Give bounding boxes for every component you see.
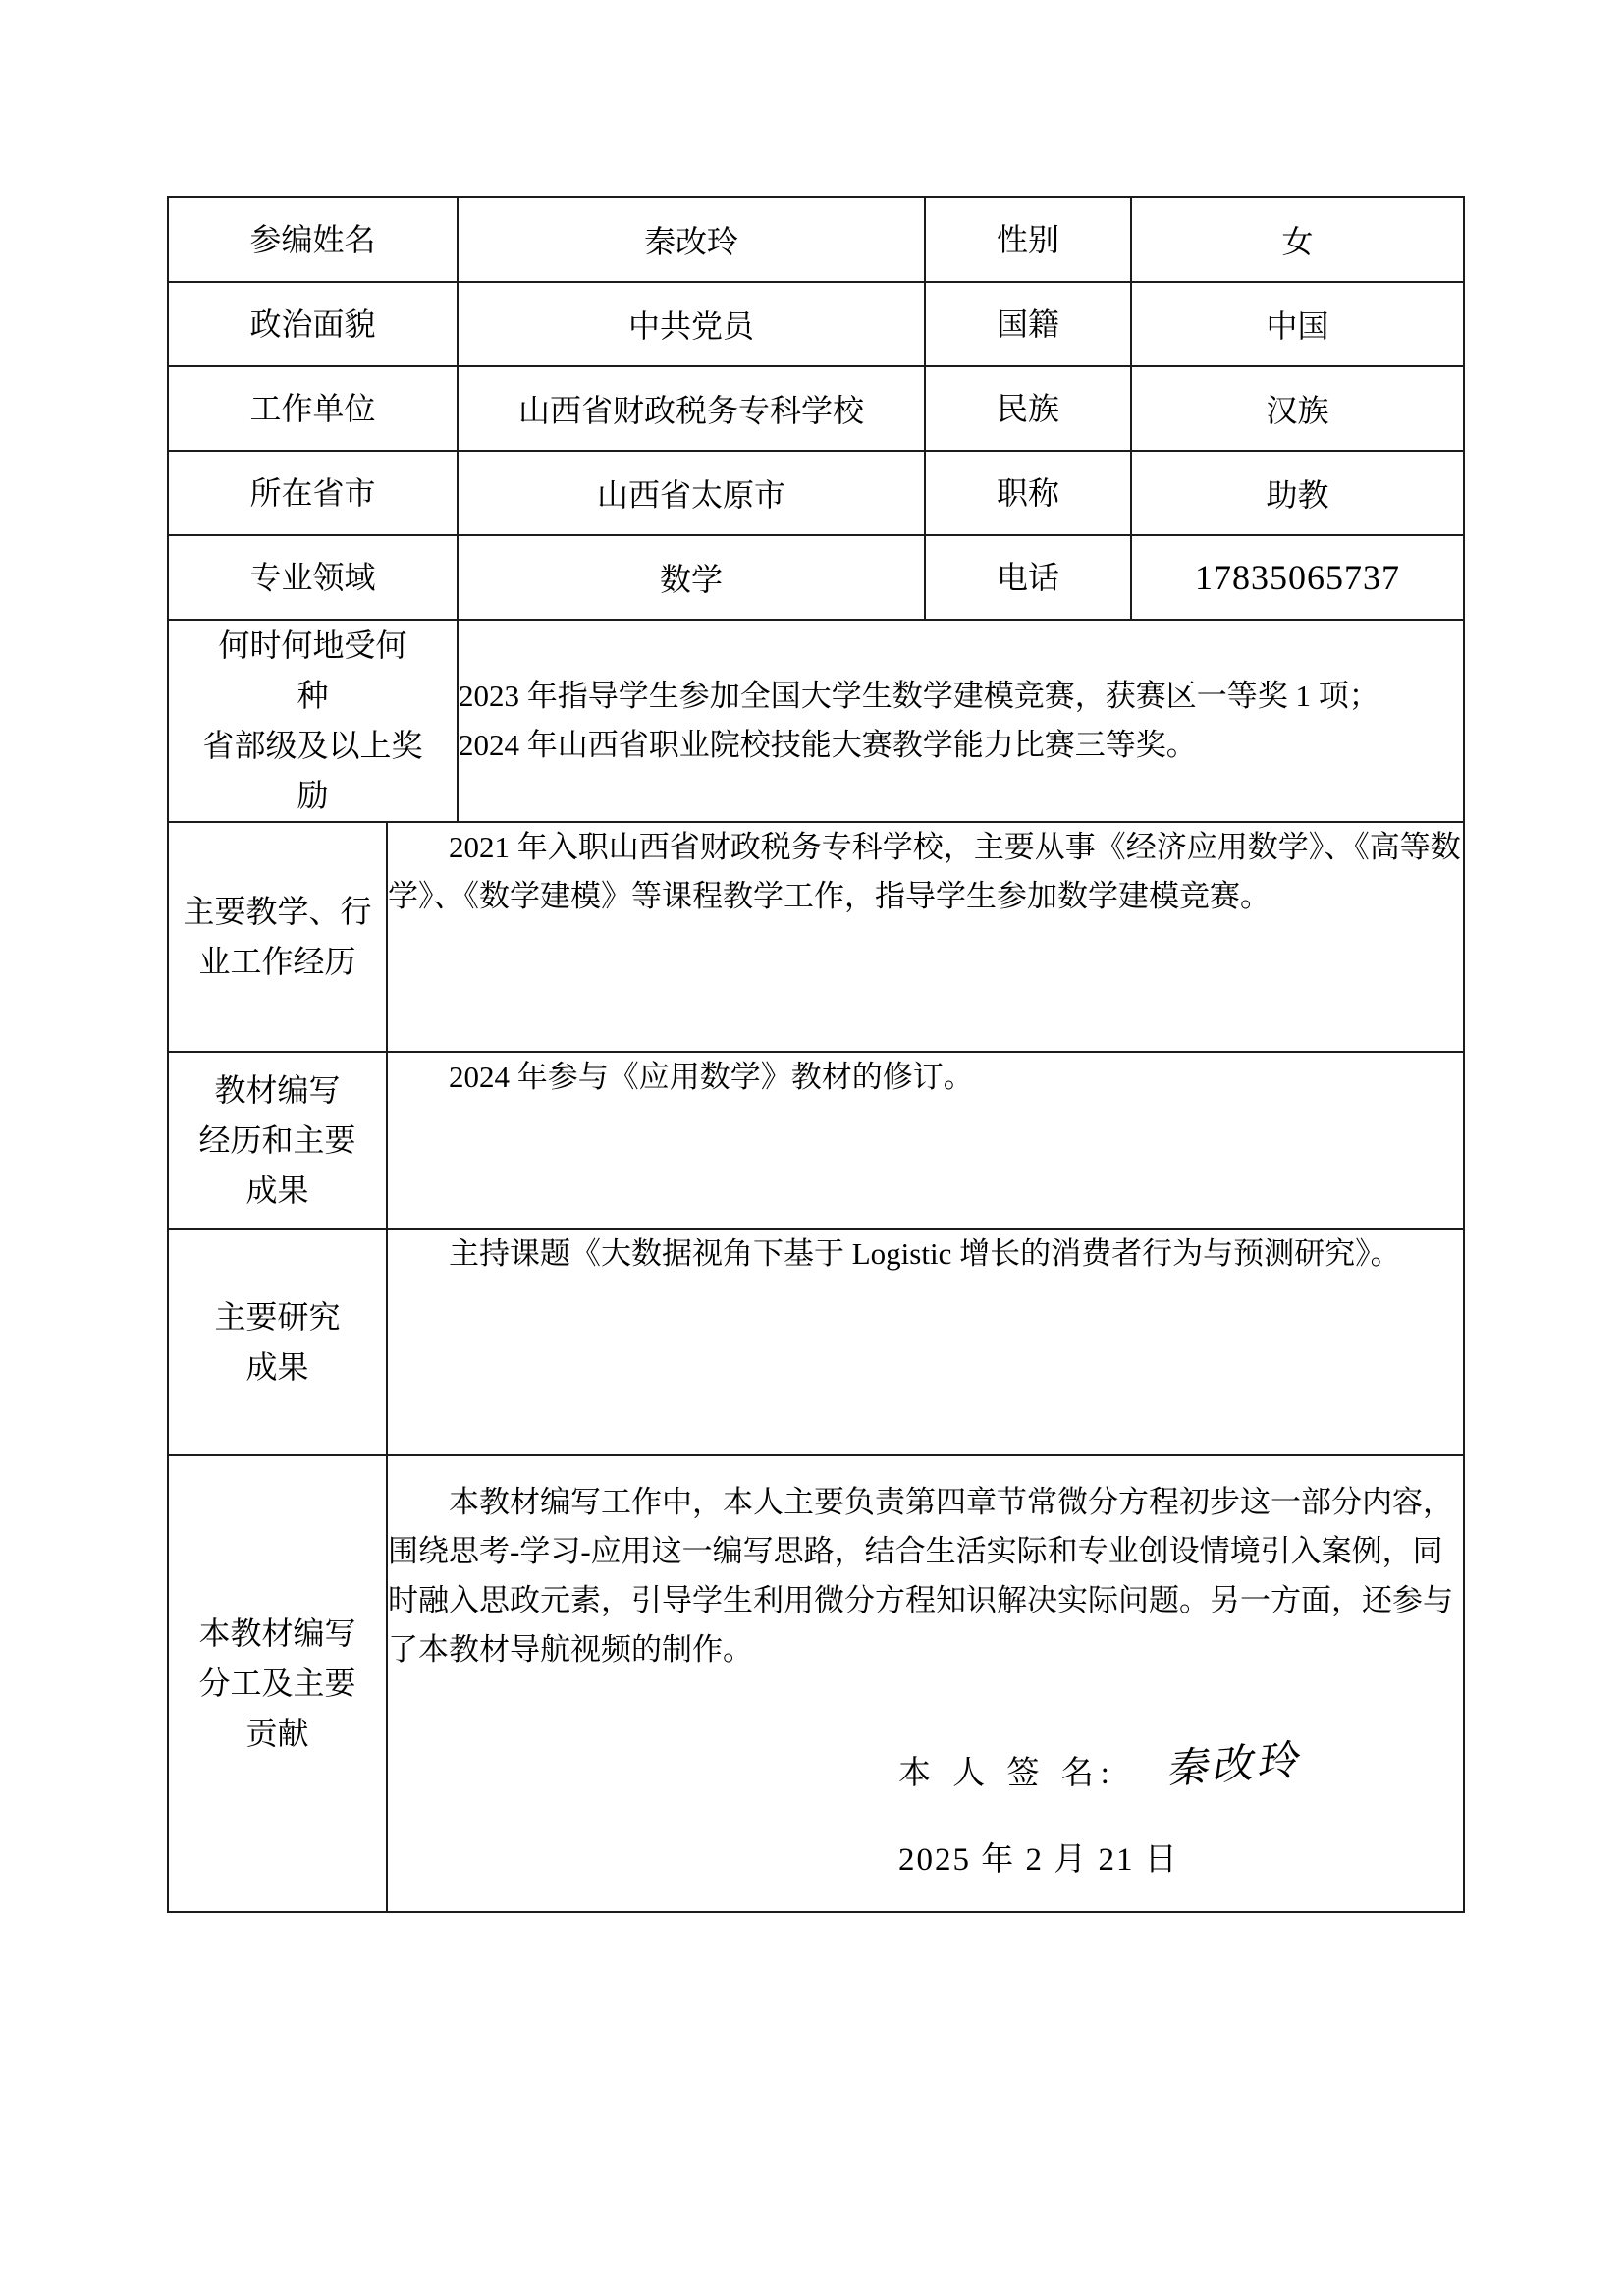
field-value-nationality: 中国 <box>1131 282 1464 366</box>
field-label-gender: 性别 <box>925 197 1131 282</box>
field-label-awards: 何时何地受何 种 省部级及以上奖 励 <box>168 620 458 822</box>
field-label-workunit: 工作单位 <box>168 366 458 451</box>
field-label-politics: 政治面貌 <box>168 282 458 366</box>
field-label-name: 参编姓名 <box>168 197 458 282</box>
table-row: 参编姓名 秦改玲 性别 女 <box>168 197 1464 282</box>
field-label-nationality: 国籍 <box>925 282 1131 366</box>
table-row: 主要教学、行 业工作经历 2021 年入职山西省财政税务专科学校，主要从事《经济… <box>168 822 1464 1052</box>
basic-info-table: 参编姓名 秦改玲 性别 女 政治面貌 中共党员 国籍 中国 工作单位 山西省财政… <box>167 196 1465 823</box>
field-value-city: 山西省太原市 <box>458 451 925 535</box>
table-row: 何时何地受何 种 省部级及以上奖 励 2023 年指导学生参加全国大学生数学建模… <box>168 620 1464 822</box>
field-label-ethnicity: 民族 <box>925 366 1131 451</box>
table-row: 所在省市 山西省太原市 职称 助教 <box>168 451 1464 535</box>
document-page: 参编姓名 秦改玲 性别 女 政治面貌 中共党员 国籍 中国 工作单位 山西省财政… <box>0 0 1622 2296</box>
research-paragraph: 主持课题《大数据视角下基于 Logistic 增长的消费者行为与预测研究》。 <box>388 1230 1463 1279</box>
field-label-research: 主要研究 成果 <box>168 1229 387 1455</box>
table-row: 主要研究 成果 主持课题《大数据视角下基于 Logistic 增长的消费者行为与… <box>168 1229 1464 1455</box>
field-label-city: 所在省市 <box>168 451 458 535</box>
field-label-specialty: 专业领域 <box>168 535 458 620</box>
field-value-title: 助教 <box>1131 451 1464 535</box>
field-label-title: 职称 <box>925 451 1131 535</box>
table-row: 本教材编写 分工及主要 贡献 本教材编写工作中，本人主要负责第四章节常微分方程初… <box>168 1455 1464 1912</box>
table-row: 专业领域 数学 电话 17835065737 <box>168 535 1464 620</box>
field-label-experience: 主要教学、行 业工作经历 <box>168 822 387 1052</box>
contribution-paragraph: 本教材编写工作中，本人主要负责第四章节常微分方程初步这一部分内容，围绕思考-学习… <box>388 1456 1463 1674</box>
field-value-specialty: 数学 <box>458 535 925 620</box>
field-value-contribution: 本教材编写工作中，本人主要负责第四章节常微分方程初步这一部分内容，围绕思考-学习… <box>387 1455 1464 1912</box>
signature-label: 本 人 签 名: <box>898 1756 1116 1791</box>
table-row: 教材编写 经历和主要 成果 2024 年参与《应用数学》教材的修订。 <box>168 1052 1464 1229</box>
table-row: 政治面貌 中共党员 国籍 中国 <box>168 282 1464 366</box>
field-value-textbook-history: 2024 年参与《应用数学》教材的修订。 <box>387 1052 1464 1229</box>
narrative-table: 主要教学、行 业工作经历 2021 年入职山西省财政税务专科学校，主要从事《经济… <box>167 821 1465 1913</box>
field-label-contribution: 本教材编写 分工及主要 贡献 <box>168 1455 387 1912</box>
field-value-name: 秦改玲 <box>458 197 925 282</box>
field-value-experience: 2021 年入职山西省财政税务专科学校，主要从事《经济应用数学》、《高等数学》、… <box>387 822 1464 1052</box>
field-label-phone: 电话 <box>925 535 1131 620</box>
field-value-phone: 17835065737 <box>1131 535 1464 620</box>
textbook-history-paragraph: 2024 年参与《应用数学》教材的修订。 <box>388 1053 1463 1102</box>
contributor-form: 参编姓名 秦改玲 性别 女 政治面貌 中共党员 国籍 中国 工作单位 山西省财政… <box>167 196 1463 1913</box>
field-label-textbook-history: 教材编写 经历和主要 成果 <box>168 1052 387 1229</box>
field-value-research: 主持课题《大数据视角下基于 Logistic 增长的消费者行为与预测研究》。 <box>387 1229 1464 1455</box>
signature-handwriting: 秦改玲 <box>1165 1736 1308 1795</box>
signature-line: 本 人 签 名:秦改玲 <box>388 1746 1463 1798</box>
field-value-workunit: 山西省财政税务专科学校 <box>458 366 925 451</box>
table-row: 工作单位 山西省财政税务专科学校 民族 汉族 <box>168 366 1464 451</box>
field-value-politics: 中共党员 <box>458 282 925 366</box>
experience-paragraph: 2021 年入职山西省财政税务专科学校，主要从事《经济应用数学》、《高等数学》、… <box>388 823 1463 921</box>
field-value-ethnicity: 汉族 <box>1131 366 1464 451</box>
field-value-gender: 女 <box>1131 197 1464 282</box>
signature-date: 2025 年 2 月 21 日 <box>388 1835 1463 1885</box>
field-value-awards: 2023 年指导学生参加全国大学生数学建模竞赛，获赛区一等奖 1 项； 2024… <box>458 620 1464 822</box>
